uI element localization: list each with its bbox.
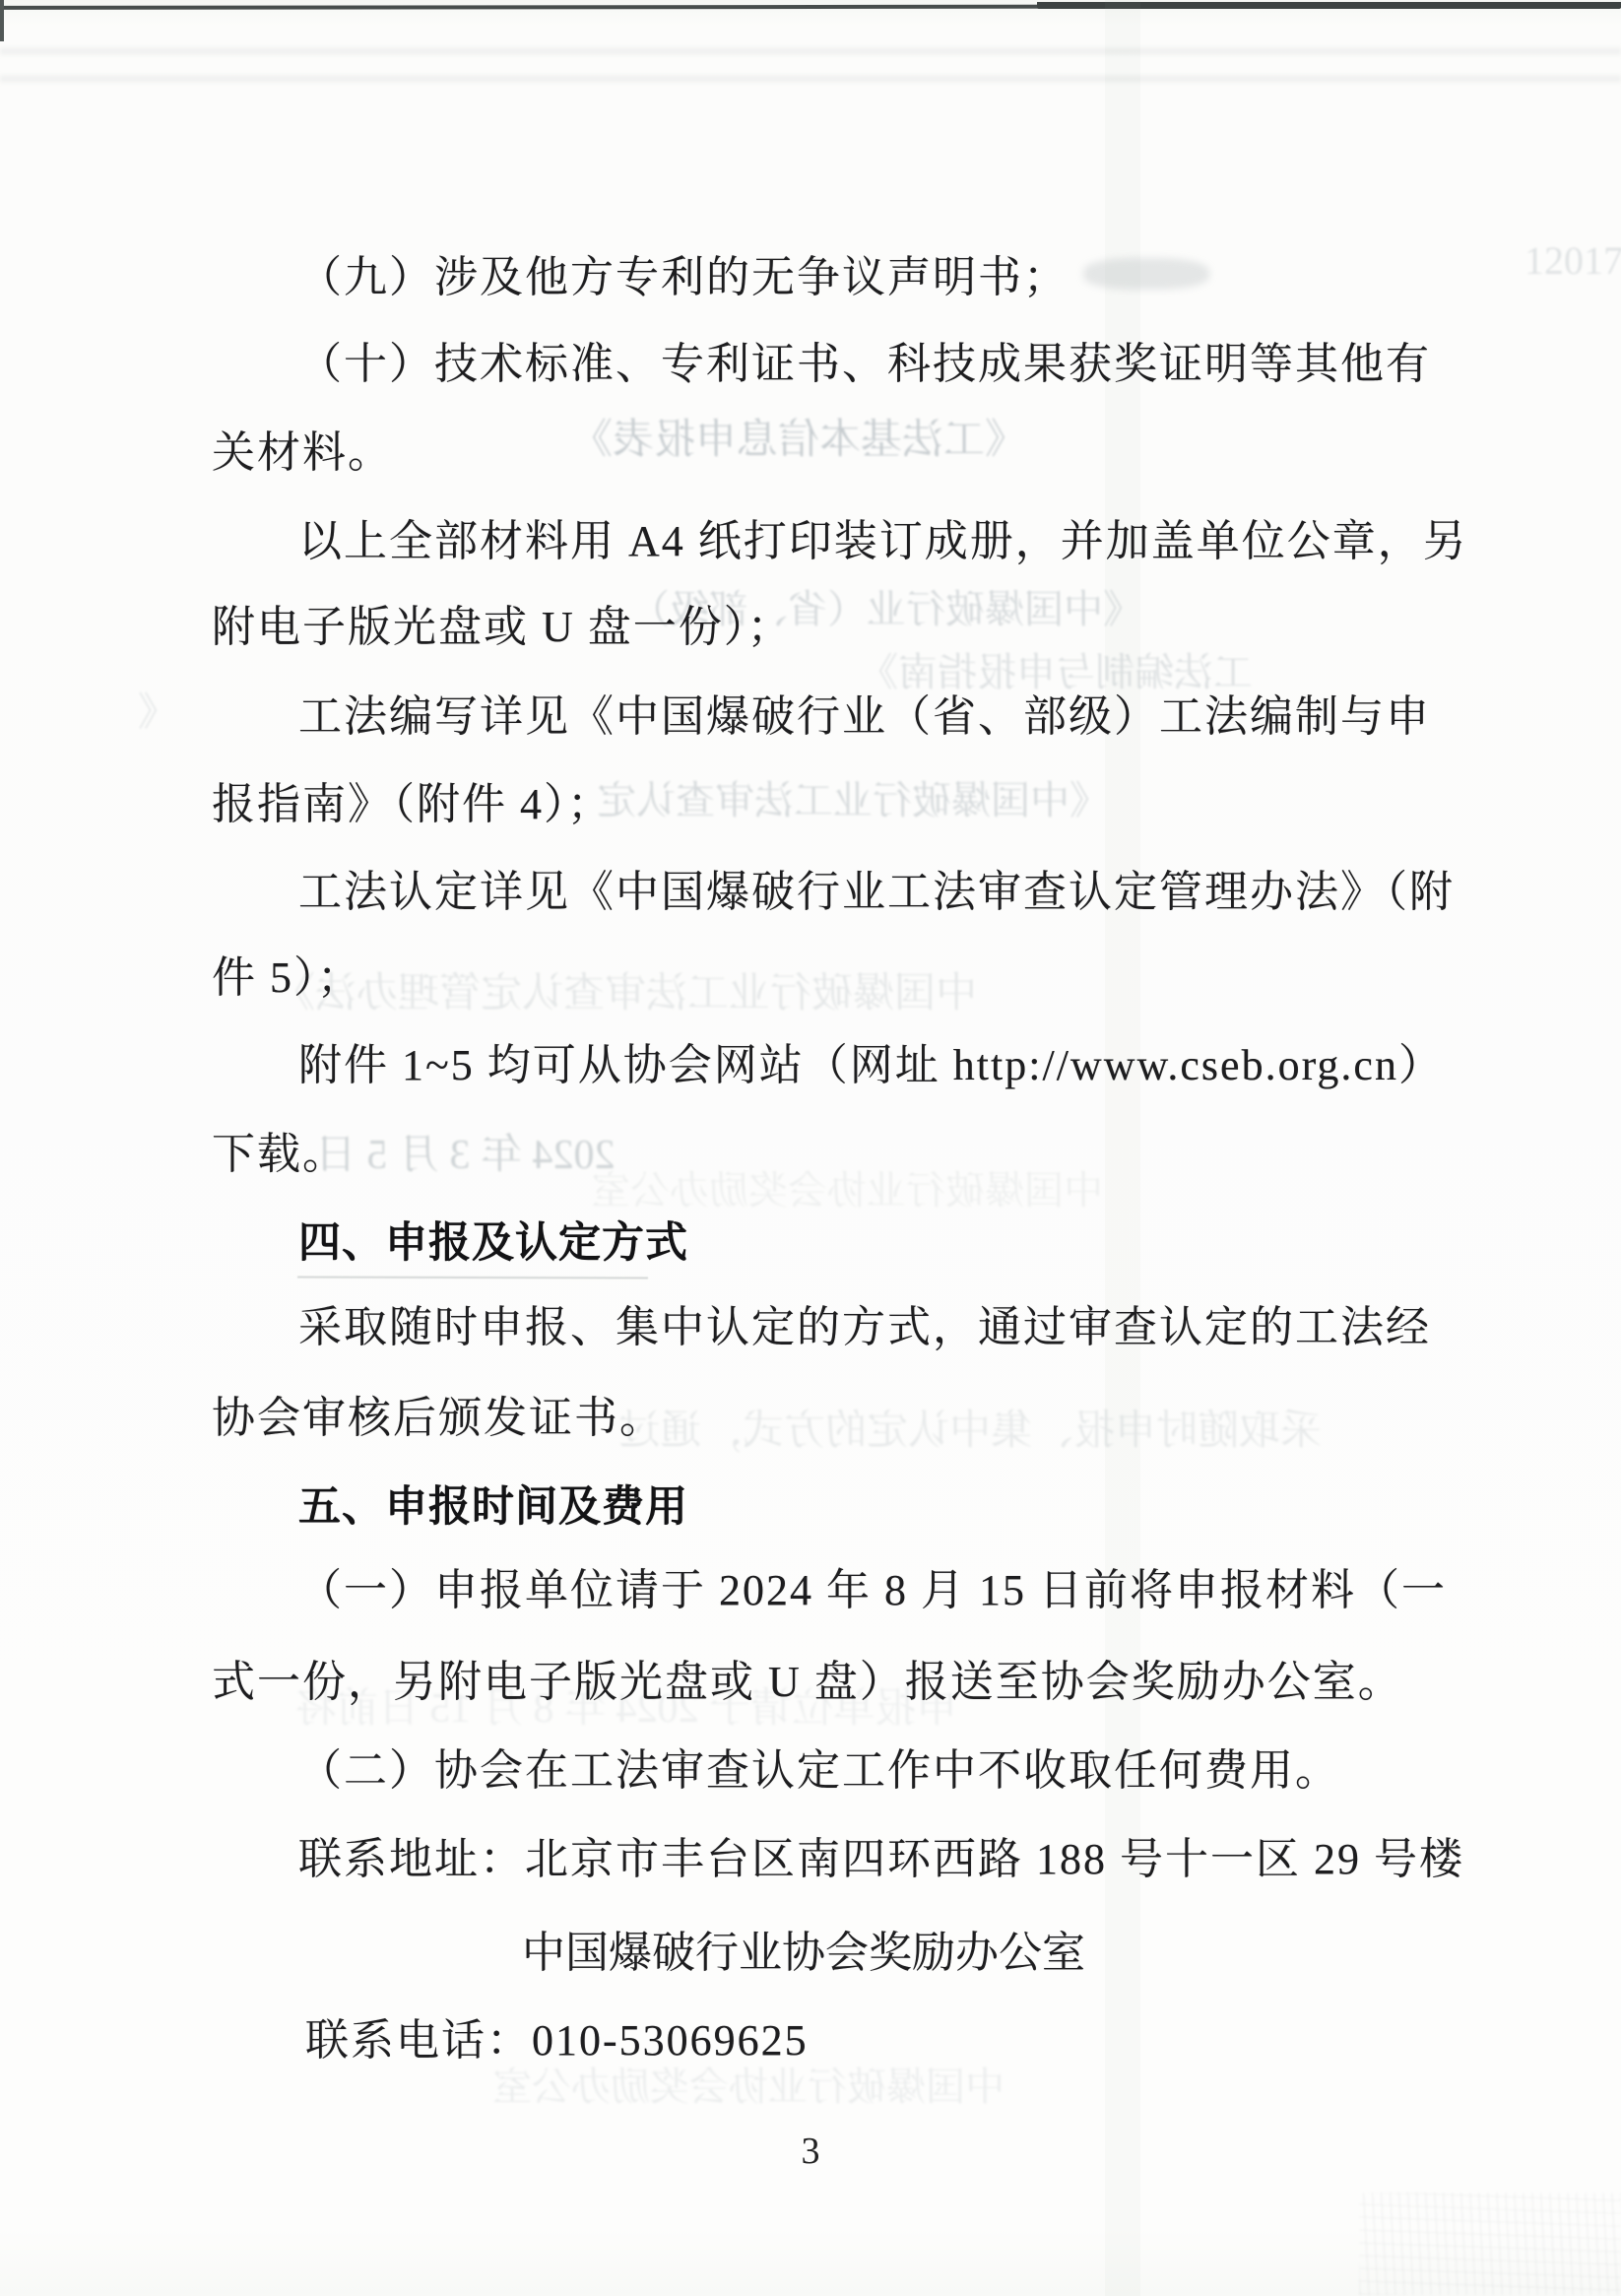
doc-line-contact-address: 联系地址：北京市丰台区南四环西路 188 号十一区 29 号楼 [298, 1834, 1464, 1885]
scan-corner-tick [0, 0, 4, 41]
doc-line: 工法编写详见《中国爆破行业（省、部级）工法编制与申 [298, 691, 1431, 743]
doc-line: 协会审核后颁发证书。 [212, 1393, 665, 1444]
bleedthrough-text: 采取随时申报、集中认定的方式，通过 [618, 1409, 1322, 1454]
doc-line: 下载。 [212, 1129, 348, 1180]
heading-underline-artifact [297, 1277, 648, 1279]
scan-noise-band [0, 47, 1621, 55]
doc-line-item-9: （九）涉及他方专利的无争议声明书； [298, 252, 1069, 303]
scan-noise-band [0, 75, 1621, 83]
bleedthrough-text: 2024 年 3 月 5 日 [315, 1133, 616, 1178]
bleedthrough-text: 中国爆破行业协会奖励办公室 [492, 2065, 1005, 2110]
doc-line: 工法认定详见《中国爆破行业工法审查认定管理办法》（附 [298, 867, 1455, 918]
doc-line: 报指南》（附件 4）； [212, 779, 613, 830]
page-number: 3 [0, 2130, 1621, 2173]
bleedthrough-text: 《中国爆破行业工法审查认定 [597, 778, 1109, 823]
doc-line-contact-phone: 联系电话：010-53069625 [305, 2015, 809, 2066]
doc-line-item-10: （十）技术标准、专利证书、科技成果获奖证明等其他有 [298, 339, 1431, 390]
doc-line: （一）申报单位请于 2024 年 8 月 15 日前将申报材料（一 [298, 1565, 1447, 1616]
bleedthrough-text: 《 [138, 689, 177, 735]
bleedthrough-text: 中国爆破行业协会奖励办公室 [591, 1168, 1103, 1214]
doc-line: 采取随时申报、集中认定的方式，通过审查认定的工法经 [298, 1302, 1431, 1353]
doc-line: 件 5）； [212, 952, 362, 1004]
doc-line: 以上全部材料用 A4 纸打印装订成册，并加盖单位公章，另 [298, 516, 1468, 567]
doc-line: 式一份，另附电子版光盘或 U 盘）报送至协会奖励办公室。 [212, 1657, 1403, 1708]
bleedthrough-text: 12017 [1524, 238, 1621, 284]
scanned-document-page: 12017 《工法基本信息申报表》 《中国爆破行业（省、部级） 工法编制与申报指… [0, 0, 1621, 2296]
bleedthrough-text: 工法编制与申报指南》 [859, 650, 1253, 695]
bleedthrough-text: 《工法基本信息申报表》 [571, 418, 1026, 463]
section-heading-5: 五、申报时间及费用 [298, 1481, 688, 1533]
doc-line-attachments: 附件 1~5 均可从协会网站（网址 http://www.cseb.org.cn… [298, 1040, 1444, 1091]
doc-line: 附电子版光盘或 U 盘一份）； [212, 602, 793, 653]
bleedthrough-text: 中国爆破行业工法审查认定管理办法》 [274, 971, 977, 1017]
doc-line-office-name: 中国爆破行业协会奖励办公室 [522, 1928, 1085, 1979]
section-heading-4: 四、申报及认定方式 [298, 1217, 688, 1269]
doc-line: （二）协会在工法审查认定工作中不收取任何费用。 [298, 1745, 1340, 1797]
scan-speckle-patch [1359, 2193, 1621, 2295]
scan-smudge [1083, 258, 1209, 290]
doc-line: 关材料。 [212, 427, 393, 479]
